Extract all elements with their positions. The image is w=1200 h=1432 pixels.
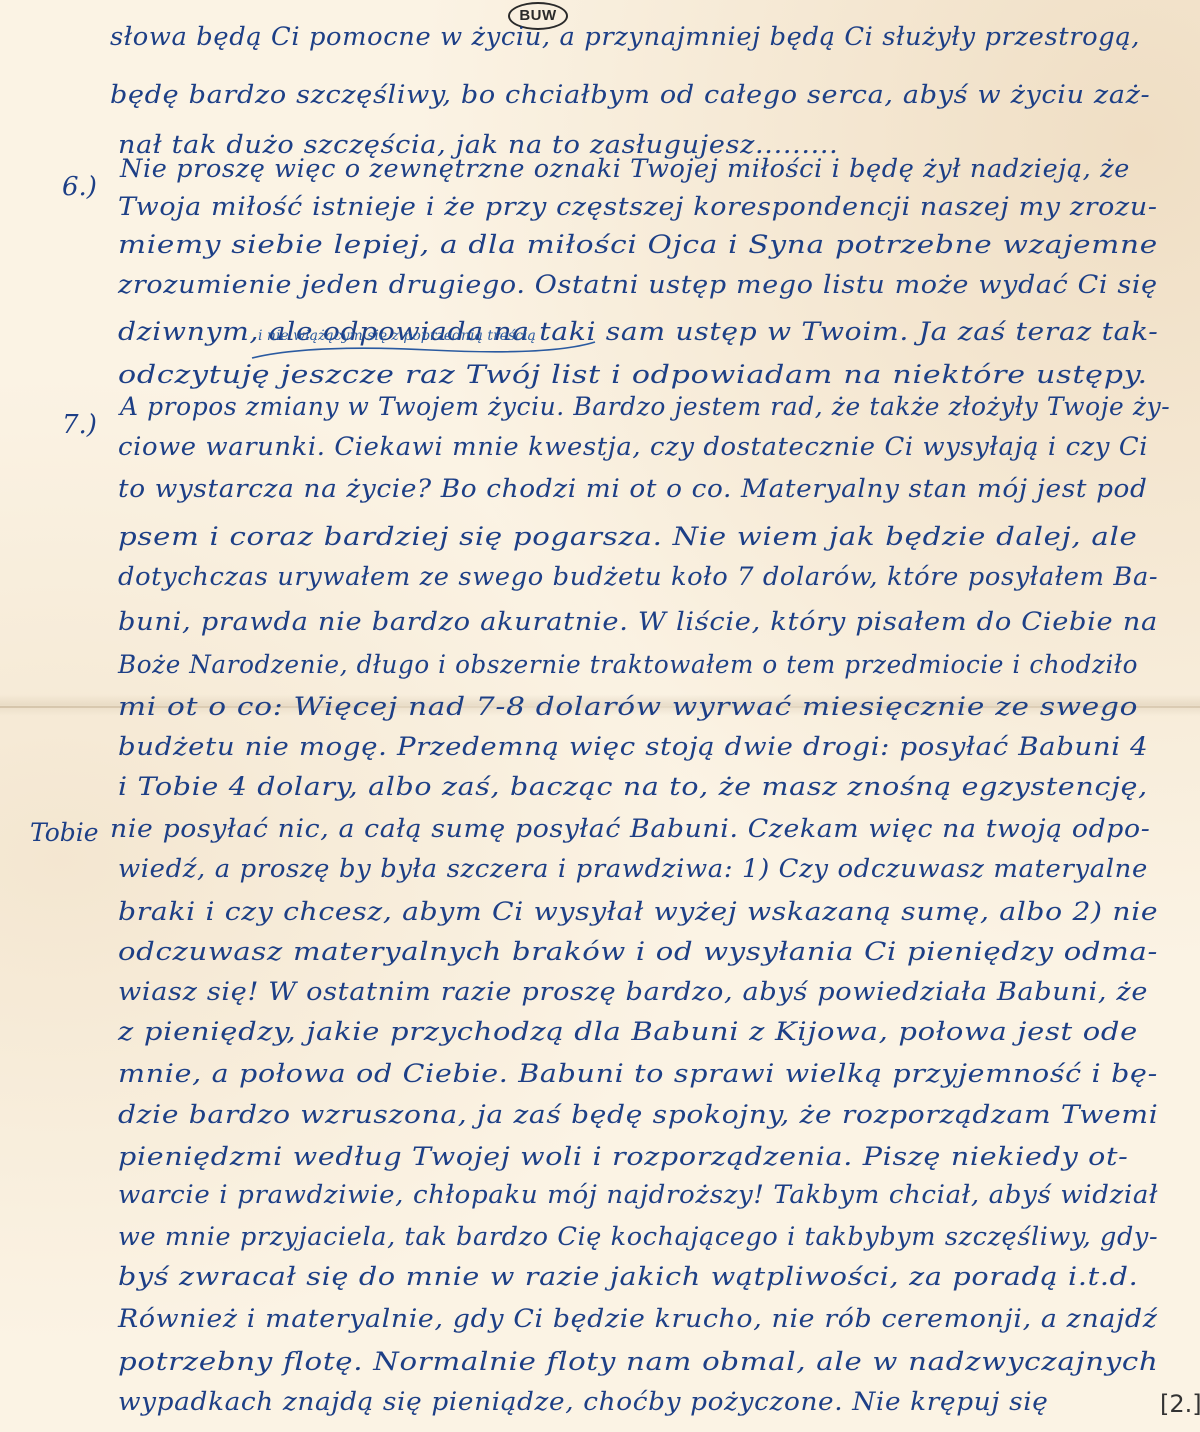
handwritten-line: dzie bardzo wzruszona, ja zaś będę spoko… <box>118 1100 1158 1129</box>
handwritten-line: wiasz się! W ostatnim razie proszę bardz… <box>118 977 1148 1006</box>
handwritten-line: wiedź, a proszę by była szczera i prawdz… <box>118 854 1148 883</box>
insertion-caret-curve <box>250 340 600 362</box>
item-marker-7: 7.) <box>62 410 97 440</box>
handwritten-line: pieniędzmi według Twojej woli i rozporzą… <box>118 1142 1128 1171</box>
handwritten-line: buni, prawda nie bardzo akuratnie. W liś… <box>118 607 1158 636</box>
handwritten-line: ciowe warunki. Ciekawi mnie kwestja, czy… <box>118 432 1148 461</box>
handwritten-line: słowa będą Ci pomocne w życiu, a przynaj… <box>110 22 1140 51</box>
item-marker-6: 6.) <box>62 172 97 202</box>
handwritten-line: braki i czy chcesz, abym Ci wysyłał wyże… <box>118 897 1158 926</box>
handwritten-line: odczytuję jeszcze raz Twój list i odpowi… <box>118 360 1148 389</box>
handwritten-line: dotychczas urywałem ze swego budżetu koł… <box>118 562 1158 591</box>
handwritten-line: A propos zmiany w Twojem życiu. Bardzo j… <box>120 392 1170 421</box>
handwritten-line: warcie i prawdziwie, chłopaku mój najdro… <box>118 1180 1158 1209</box>
handwritten-line: Boże Narodzenie, długo i obszernie trakt… <box>118 650 1138 679</box>
handwritten-line: będę bardzo szczęśliwy, bo chciałbym od … <box>110 80 1150 109</box>
handwritten-line: nie posyłać nic, a całą sumę posyłać Bab… <box>110 814 1150 843</box>
handwritten-line: z pieniędzy, jakie przychodzą dla Babuni… <box>118 1017 1138 1046</box>
handwritten-line: miemy siebie lepiej, a dla miłości Ojca … <box>118 230 1158 259</box>
handwritten-line: byś zwracał się do mnie w razie jakich w… <box>118 1262 1138 1291</box>
handwritten-line: mnie, a połowa od Ciebie. Babuni to spra… <box>118 1059 1158 1088</box>
handwritten-line: we mnie przyjaciela, tak bardzo Cię koch… <box>118 1222 1158 1251</box>
handwritten-line: to wystarcza na życie? Bo chodzi mi ot o… <box>118 474 1148 503</box>
handwritten-line: psem i coraz bardziej się pogarsza. Nie … <box>118 522 1138 551</box>
letter-page: BUW słowa będą Ci pomocne w życiu, a prz… <box>0 0 1200 1432</box>
handwritten-line: potrzebny flotę. Normalnie floty nam obm… <box>118 1347 1159 1376</box>
handwritten-line: i Tobie 4 dolary, albo zaś, bacząc na to… <box>118 772 1148 801</box>
handwritten-line: mi ot o co: Więcej nad 7-8 dolarów wyrwa… <box>118 692 1138 721</box>
handwritten-line: Nie proszę więc o zewnętrzne oznaki Twoj… <box>120 154 1130 183</box>
handwritten-line: zrozumienie jeden drugiego. Ostatni ustę… <box>118 270 1158 299</box>
handwritten-line: wypadkach znajdą się pieniądze, choćby p… <box>118 1387 1048 1416</box>
page-number: [2.] <box>1160 1390 1200 1418</box>
handwritten-line: odczuwasz materyalnych braków i od wysył… <box>118 937 1158 966</box>
handwritten-line: Również i materyalnie, gdy Ci będzie kru… <box>118 1304 1157 1333</box>
margin-note: Tobie <box>30 818 99 847</box>
handwritten-line: budżetu nie mogę. Przedemną więc stoją d… <box>118 732 1148 761</box>
handwritten-line: Twoja miłość istnieje i że przy częstsze… <box>118 192 1158 221</box>
